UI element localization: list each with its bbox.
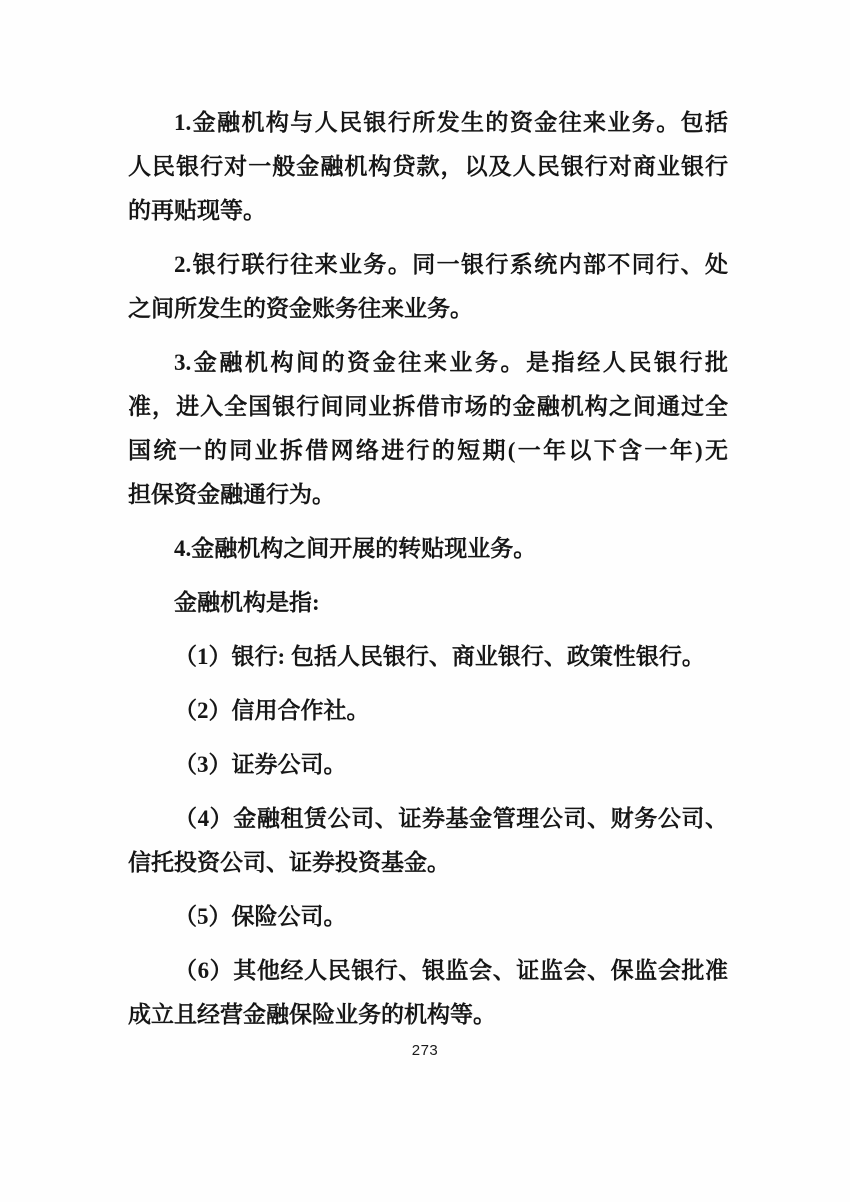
paragraph: 2.银行联行往来业务。同一银行系统内部不同行、处之间所发生的资金账务往来业务。 [128, 243, 728, 331]
document-body: 1.金融机构与人民银行所发生的资金往来业务。包括人民银行对一般金融机构贷款，以及… [128, 101, 728, 1047]
text-line: （6）其他经人民银行、银监会、证监会、保监会批准 [128, 949, 728, 993]
paragraph: 3.金融机构间的资金往来业务。是指经人民银行批准，进入全国银行间同业拆借市场的金… [128, 341, 728, 517]
text-line: 人民银行对一般金融机构贷款，以及人民银行对商业银行 [128, 145, 728, 189]
text-line: 4.金融机构之间开展的转贴现业务。 [128, 527, 728, 571]
document-page: 1.金融机构与人民银行所发生的资金往来业务。包括人民银行对一般金融机构贷款，以及… [0, 0, 850, 1202]
paragraph: 1.金融机构与人民银行所发生的资金往来业务。包括人民银行对一般金融机构贷款，以及… [128, 101, 728, 233]
text-line: 金融机构是指: [128, 581, 728, 625]
paragraph: （2）信用合作社。 [128, 689, 728, 733]
text-line: （4）金融租赁公司、证券基金管理公司、财务公司、 [128, 797, 728, 841]
paragraph: （5）保险公司。 [128, 895, 728, 939]
text-line: 成立且经营金融保险业务的机构等。 [128, 993, 728, 1037]
text-line: 之间所发生的资金账务往来业务。 [128, 287, 728, 331]
paragraph: （3）证券公司。 [128, 743, 728, 787]
text-line: 2.银行联行往来业务。同一银行系统内部不同行、处 [128, 243, 728, 287]
paragraph: 4.金融机构之间开展的转贴现业务。 [128, 527, 728, 571]
text-line: 的再贴现等。 [128, 189, 728, 233]
paragraph: （4）金融租赁公司、证券基金管理公司、财务公司、信托投资公司、证券投资基金。 [128, 797, 728, 885]
text-line: （1）银行: 包括人民银行、商业银行、政策性银行。 [128, 635, 728, 679]
text-line: 准，进入全国银行间同业拆借市场的金融机构之间通过全 [128, 385, 728, 429]
paragraph: 金融机构是指: [128, 581, 728, 625]
text-line: 国统一的同业拆借网络进行的短期(一年以下含一年)无 [128, 429, 728, 473]
text-line: 3.金融机构间的资金往来业务。是指经人民银行批 [128, 341, 728, 385]
page-number: 273 [0, 1042, 850, 1059]
text-line: 信托投资公司、证券投资基金。 [128, 841, 728, 885]
text-line: 担保资金融通行为。 [128, 473, 728, 517]
text-line: （3）证券公司。 [128, 743, 728, 787]
paragraph: （6）其他经人民银行、银监会、证监会、保监会批准成立且经营金融保险业务的机构等。 [128, 949, 728, 1037]
text-line: 1.金融机构与人民银行所发生的资金往来业务。包括 [128, 101, 728, 145]
paragraph: （1）银行: 包括人民银行、商业银行、政策性银行。 [128, 635, 728, 679]
text-line: （2）信用合作社。 [128, 689, 728, 733]
text-line: （5）保险公司。 [128, 895, 728, 939]
